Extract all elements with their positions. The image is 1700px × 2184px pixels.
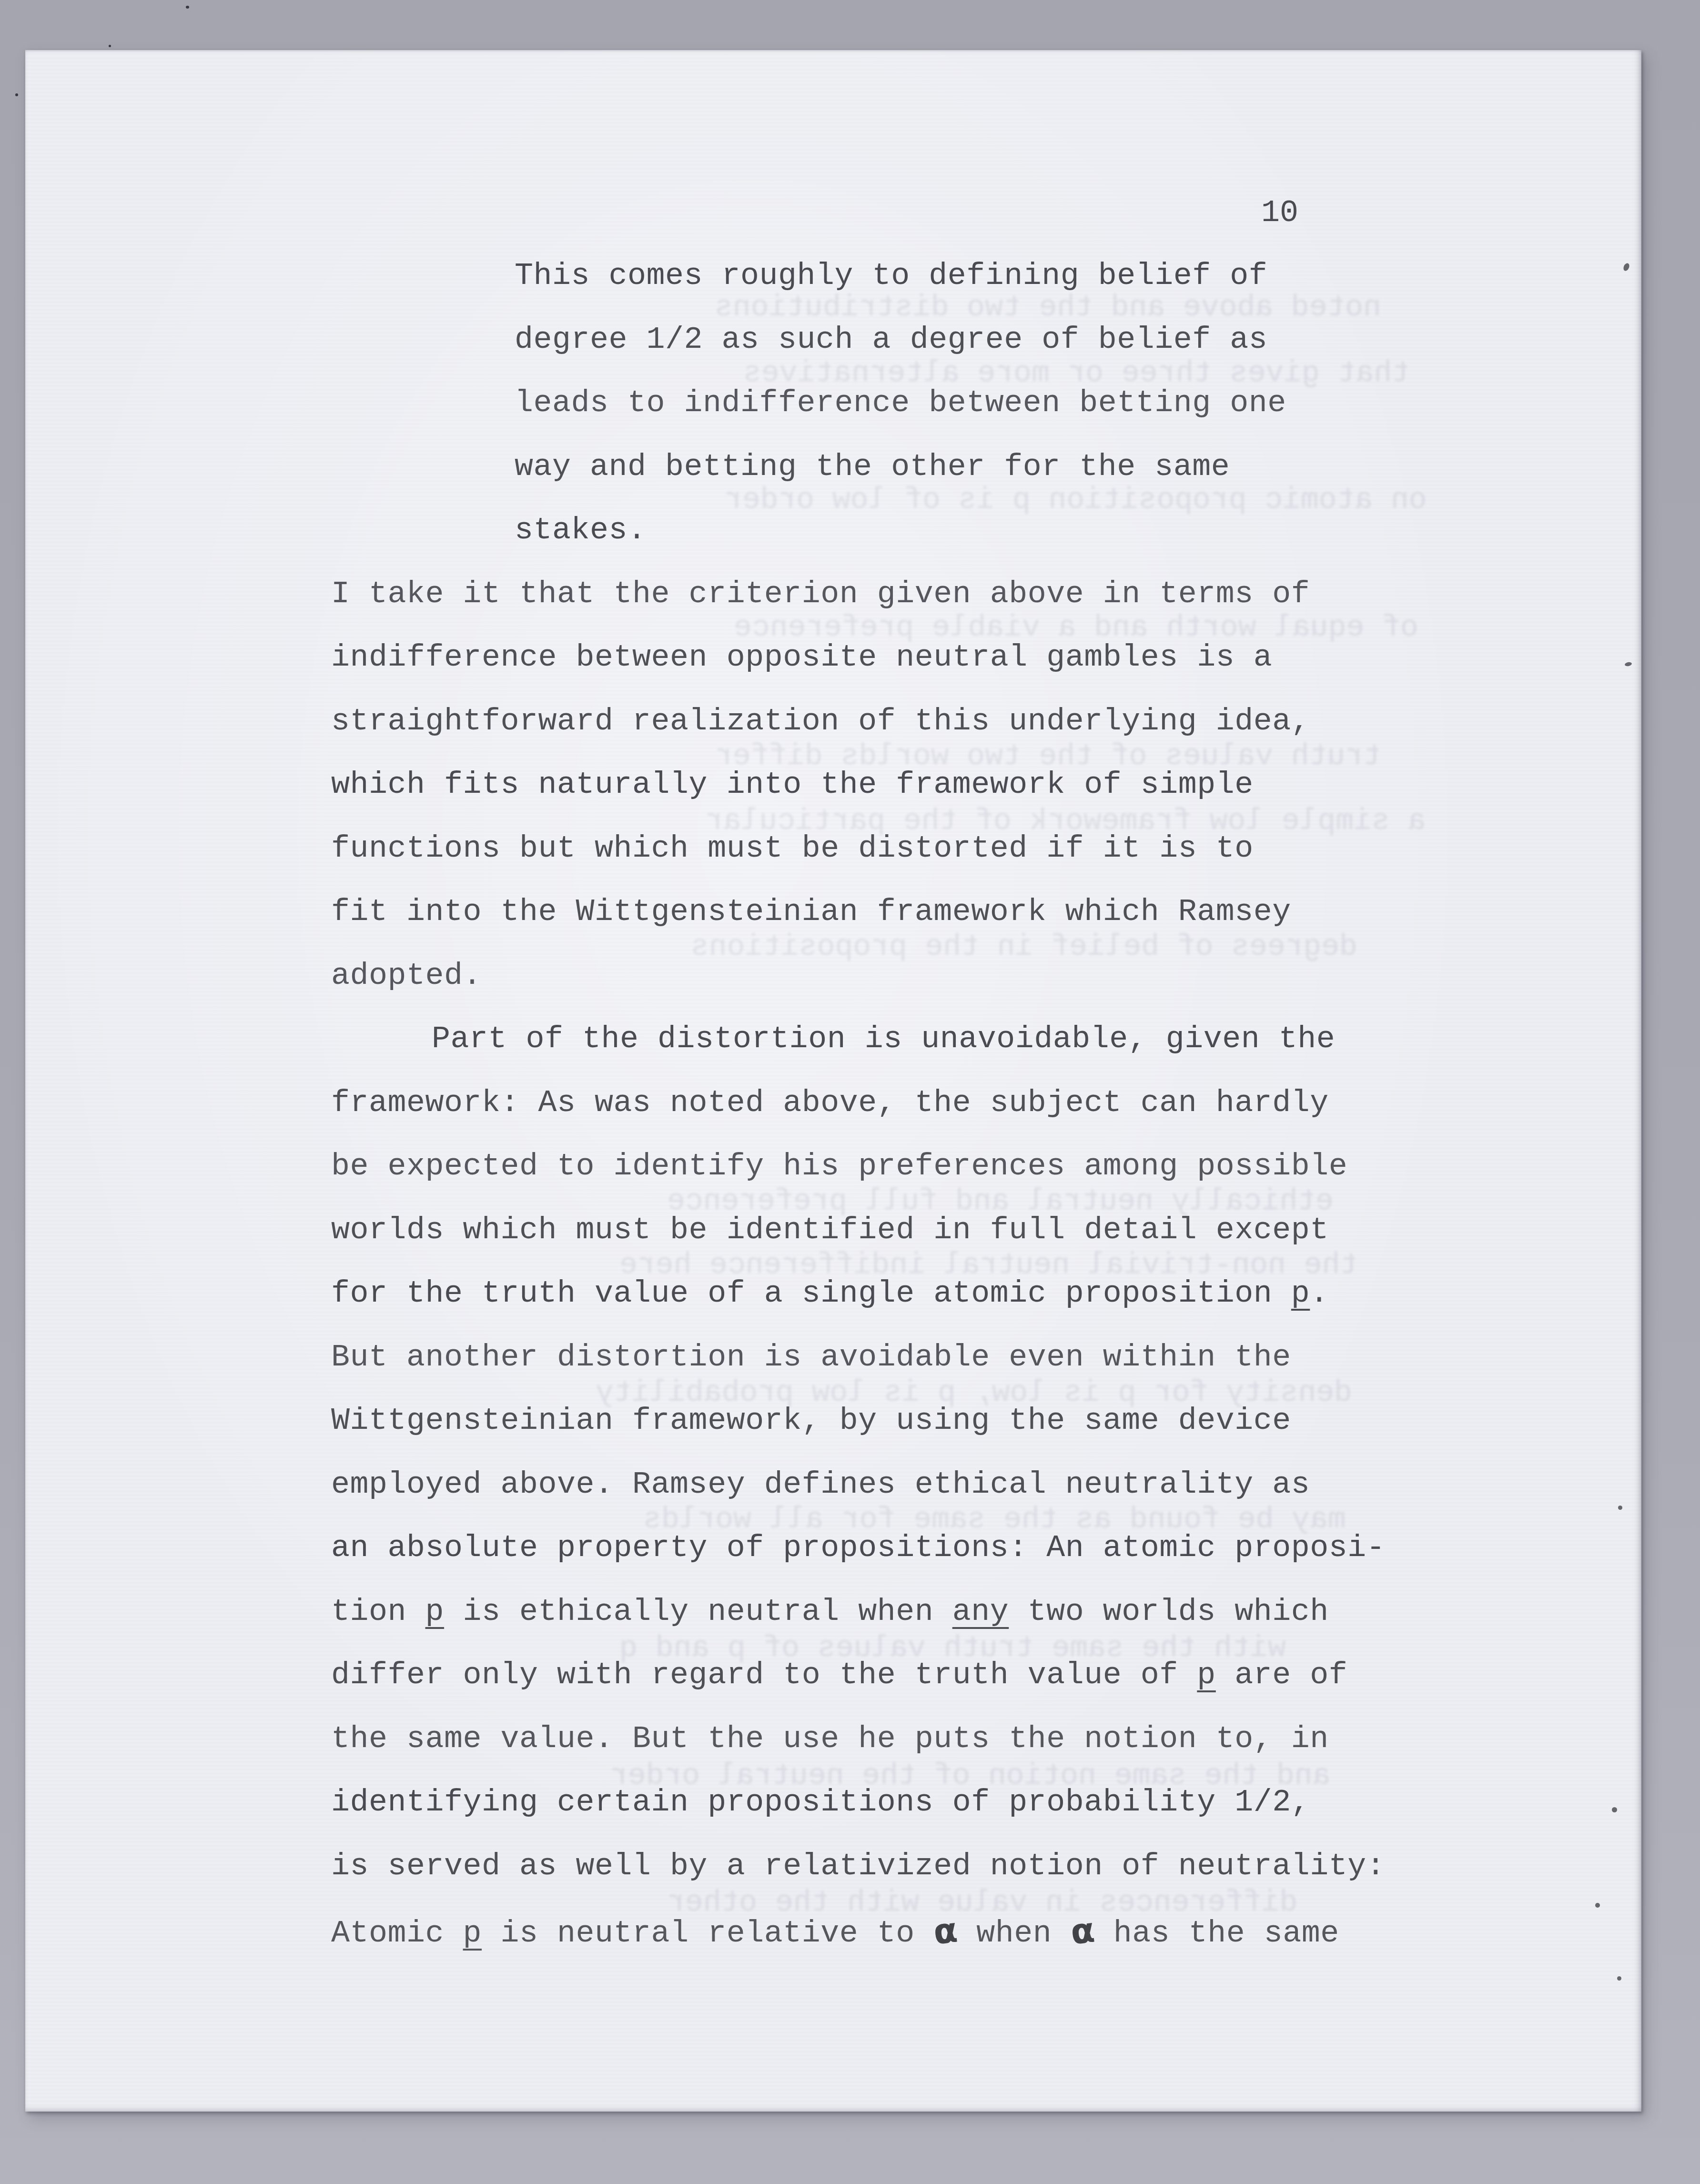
typed-text: . (1310, 1276, 1329, 1311)
typed-text: leads to indifference between betting on… (515, 385, 1286, 421)
typed-line: stakes. (515, 499, 1385, 563)
typed-line: employed above. Ramsey defines ethical n… (331, 1453, 1385, 1517)
typed-text: has the same (1094, 1916, 1339, 1951)
typed-line: Part of the distortion is unavoidable, g… (432, 1008, 1385, 1072)
typed-line: an absolute property of propositions: An… (331, 1517, 1385, 1580)
typed-text: is ethically neutral when (444, 1594, 952, 1629)
underlined-term: any (952, 1594, 1009, 1629)
document-page: noted above and the two distributionstha… (25, 50, 1641, 2112)
typed-text: But another distortion is avoidable even… (331, 1340, 1291, 1375)
typed-line: functions but which must be distorted if… (331, 817, 1385, 881)
page-number: 10 (1261, 195, 1298, 231)
typed-line: be expected to identify his preferences … (331, 1135, 1385, 1199)
underlined-term: p (425, 1594, 445, 1629)
typed-text: identifying certain propositions of prob… (331, 1785, 1310, 1820)
typed-text: straightforward realization of this unde… (331, 704, 1310, 739)
typed-line: is served as well by a relativized notio… (331, 1835, 1385, 1899)
typed-lines: This comes roughly to defining belief of… (331, 244, 1385, 1966)
dust-speck (1617, 1976, 1621, 1981)
typed-text: when (958, 1916, 1071, 1951)
dust-speck (15, 93, 18, 96)
typed-text: employed above. Ramsey defines ethical n… (331, 1467, 1310, 1502)
typed-text: an absolute property of propositions: An… (331, 1530, 1385, 1566)
dust-speck (186, 6, 189, 9)
typed-line: tion p is ethically neutral when any two… (331, 1580, 1385, 1644)
typed-line: way and betting the other for the same (515, 435, 1385, 499)
typed-line: Atomic p is neutral relative to α when α… (331, 1898, 1385, 1966)
typed-line: fit into the Wittgensteinian framework w… (331, 880, 1385, 944)
typed-text: differ only with regard to the truth val… (331, 1658, 1197, 1693)
typed-line: which fits naturally into the framework … (331, 753, 1385, 817)
typed-text: is served as well by a relativized notio… (331, 1849, 1385, 1884)
typed-line: worlds which must be identified in full … (331, 1199, 1385, 1263)
dust-speck (1595, 1903, 1600, 1908)
underlined-term: p (1291, 1276, 1310, 1311)
typed-line: I take it that the criterion given above… (331, 563, 1385, 627)
typed-text: two worlds which (1009, 1594, 1329, 1629)
typed-line: framework: As was noted above, the subje… (331, 1072, 1385, 1135)
typed-text: framework: As was noted above, the subje… (331, 1085, 1329, 1121)
scanner-background: noted above and the two distributionstha… (0, 0, 1700, 2184)
typed-line: Wittgensteinian framework, by using the … (331, 1389, 1385, 1453)
typed-text: Part of the distortion is unavoidable, g… (432, 1021, 1335, 1057)
typed-line: adopted. (331, 944, 1385, 1008)
typed-line: the same value. But the use he puts the … (331, 1708, 1385, 1771)
typed-line: This comes roughly to defining belief of (515, 244, 1385, 308)
typed-text: tion (331, 1594, 425, 1629)
typed-text: I take it that the criterion given above… (331, 576, 1310, 612)
typed-text: is neutral relative to (482, 1916, 933, 1951)
typed-text: worlds which must be identified in full … (331, 1213, 1329, 1248)
typed-text: for the truth value of a single atomic p… (331, 1276, 1291, 1311)
typed-text: be expected to identify his preferences … (331, 1149, 1347, 1184)
typed-line: leads to indifference between betting on… (515, 372, 1385, 435)
typed-line: differ only with regard to the truth val… (331, 1644, 1385, 1708)
dust-speck (1618, 1506, 1622, 1510)
typed-text: This comes roughly to defining belief of (515, 258, 1267, 293)
typed-text: Wittgensteinian framework, by using the … (331, 1403, 1291, 1438)
dust-speck (109, 45, 111, 47)
typed-text: way and betting the other for the same (515, 449, 1230, 485)
typed-text: functions but which must be distorted if… (331, 831, 1254, 866)
typed-text: adopted. (331, 958, 482, 993)
typed-text: which fits naturally into the framework … (331, 767, 1254, 802)
typed-text: Atomic (331, 1916, 463, 1951)
typed-text: degree 1/2 as such a degree of belief as (515, 322, 1267, 357)
typed-line: for the truth value of a single atomic p… (331, 1262, 1385, 1326)
typed-text: fit into the Wittgensteinian framework w… (331, 894, 1291, 930)
handwritten-alpha-symbol: α (1067, 1899, 1098, 1964)
typed-text: the same value. But the use he puts the … (331, 1721, 1329, 1757)
typed-text: stakes. (515, 513, 647, 548)
underlined-term: p (463, 1916, 482, 1951)
typed-line: degree 1/2 as such a degree of belief as (515, 308, 1385, 372)
typed-line: But another distortion is avoidable even… (331, 1326, 1385, 1390)
typed-line: identifying certain propositions of prob… (331, 1771, 1385, 1835)
typed-line: indifference between opposite neutral ga… (331, 626, 1385, 690)
typed-text: are of (1216, 1658, 1348, 1693)
handwritten-alpha-symbol: α (931, 1899, 961, 1964)
typed-text: indifference between opposite neutral ga… (331, 640, 1272, 675)
underlined-term: p (1197, 1658, 1216, 1693)
dust-speck (1612, 1807, 1617, 1812)
typed-line: straightforward realization of this unde… (331, 690, 1385, 754)
